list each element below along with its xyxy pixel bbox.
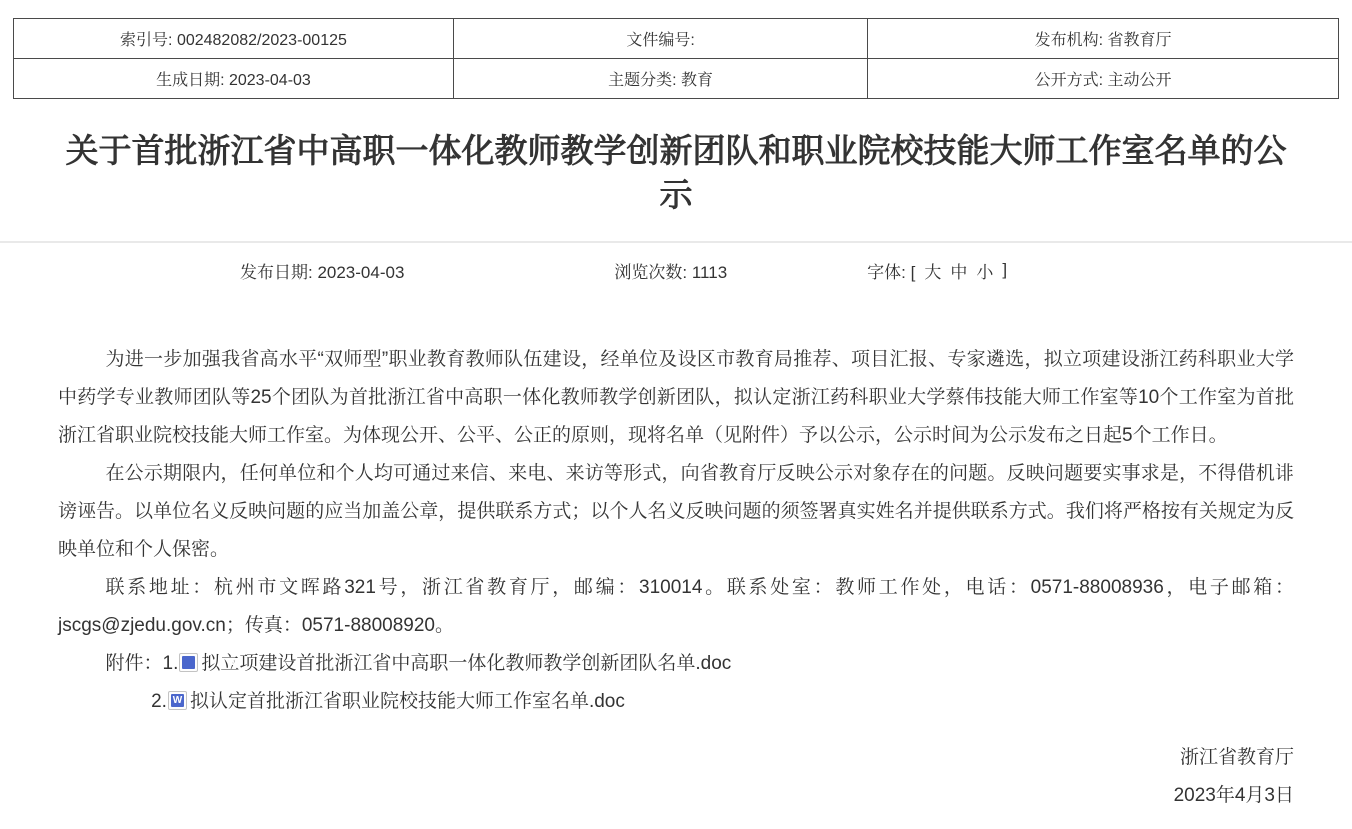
- publish-date: 发布日期: 2023-04-03: [240, 258, 404, 283]
- paragraph-intro: 为进一步加强我省高水平“双师型”职业教育教师队伍建设，经单位及设区市教育局推荐、…: [58, 341, 1294, 455]
- info-bar: 发布日期: 2023-04-03 浏览次数: 1113 字体: [ 大 中 小 …: [0, 243, 1352, 297]
- font-size-bracket: ]: [1002, 260, 1007, 280]
- meta-row-1: 索引号: 002482082/2023-00125 文件编号: 发布机构: 省教…: [14, 19, 1339, 59]
- attachment-link-1[interactable]: 拟立项建设首批浙江省中高职一体化教师教学创新团队名单.doc: [201, 653, 731, 674]
- attachment-number: 1.: [163, 653, 179, 674]
- font-size-widget: 字体: [ 大 中 小 ]: [867, 258, 1007, 283]
- font-size-label: 字体: [: [867, 258, 915, 283]
- meta-topic-category: 主题分类: 教育: [453, 59, 867, 99]
- signature-block: 浙江省教育厅 2023年4月3日: [0, 739, 1294, 829]
- attachment-row: 2.W拟认定首批浙江省职业院校技能大师工作室名单.doc: [58, 683, 1294, 721]
- meta-row-2: 生成日期: 2023-04-03 主题分类: 教育 公开方式: 主动公开: [14, 59, 1339, 99]
- meta-file-number: 文件编号:: [453, 19, 867, 59]
- notice-page: 索引号: 002482082/2023-00125 文件编号: 发布机构: 省教…: [0, 0, 1352, 829]
- attachments-section: 附件：1.W拟立项建设首批浙江省中高职一体化教师教学创新团队名单.doc 2.W…: [58, 645, 1294, 721]
- paragraph-feedback: 在公示期限内，任何单位和个人均可通过来信、来电、来访等形式，向省教育厅反映公示对…: [58, 455, 1294, 569]
- view-count: 浏览次数: 1113: [614, 258, 727, 283]
- notice-body: 为进一步加强我省高水平“双师型”职业教育教师队伍建设，经单位及设区市教育局推荐、…: [58, 341, 1294, 645]
- font-size-small-button[interactable]: 小: [976, 258, 993, 283]
- paragraph-contact: 联系地址：杭州市文晖路321号，浙江省教育厅，邮编：310014。联系处室：教师…: [58, 569, 1294, 645]
- meta-issuing-agency: 发布机构: 省教育厅: [868, 19, 1339, 59]
- attachment-row: 附件：1.W拟立项建设首批浙江省中高职一体化教师教学创新团队名单.doc: [58, 645, 1294, 683]
- attachment-link-2[interactable]: 拟认定首批浙江省职业院校技能大师工作室名单.doc: [190, 691, 625, 712]
- meta-creation-date: 生成日期: 2023-04-03: [14, 59, 454, 99]
- meta-index-number: 索引号: 002482082/2023-00125: [14, 19, 454, 59]
- signature-org: 浙江省教育厅: [0, 739, 1294, 777]
- font-size-large-button[interactable]: 大: [924, 258, 941, 283]
- word-doc-icon: W: [168, 691, 187, 710]
- signature-date: 2023年4月3日: [0, 777, 1294, 815]
- font-size-medium-button[interactable]: 中: [950, 258, 967, 283]
- page-title: 关于首批浙江省中高职一体化教师教学创新团队和职业院校技能大师工作室名单的公示: [61, 129, 1291, 217]
- meta-disclosure-method: 公开方式: 主动公开: [868, 59, 1339, 99]
- attachments-label: 附件：: [106, 653, 163, 674]
- document-meta-table: 索引号: 002482082/2023-00125 文件编号: 发布机构: 省教…: [13, 18, 1339, 99]
- attachment-number: 2.: [151, 691, 167, 712]
- word-doc-icon: W: [179, 653, 198, 672]
